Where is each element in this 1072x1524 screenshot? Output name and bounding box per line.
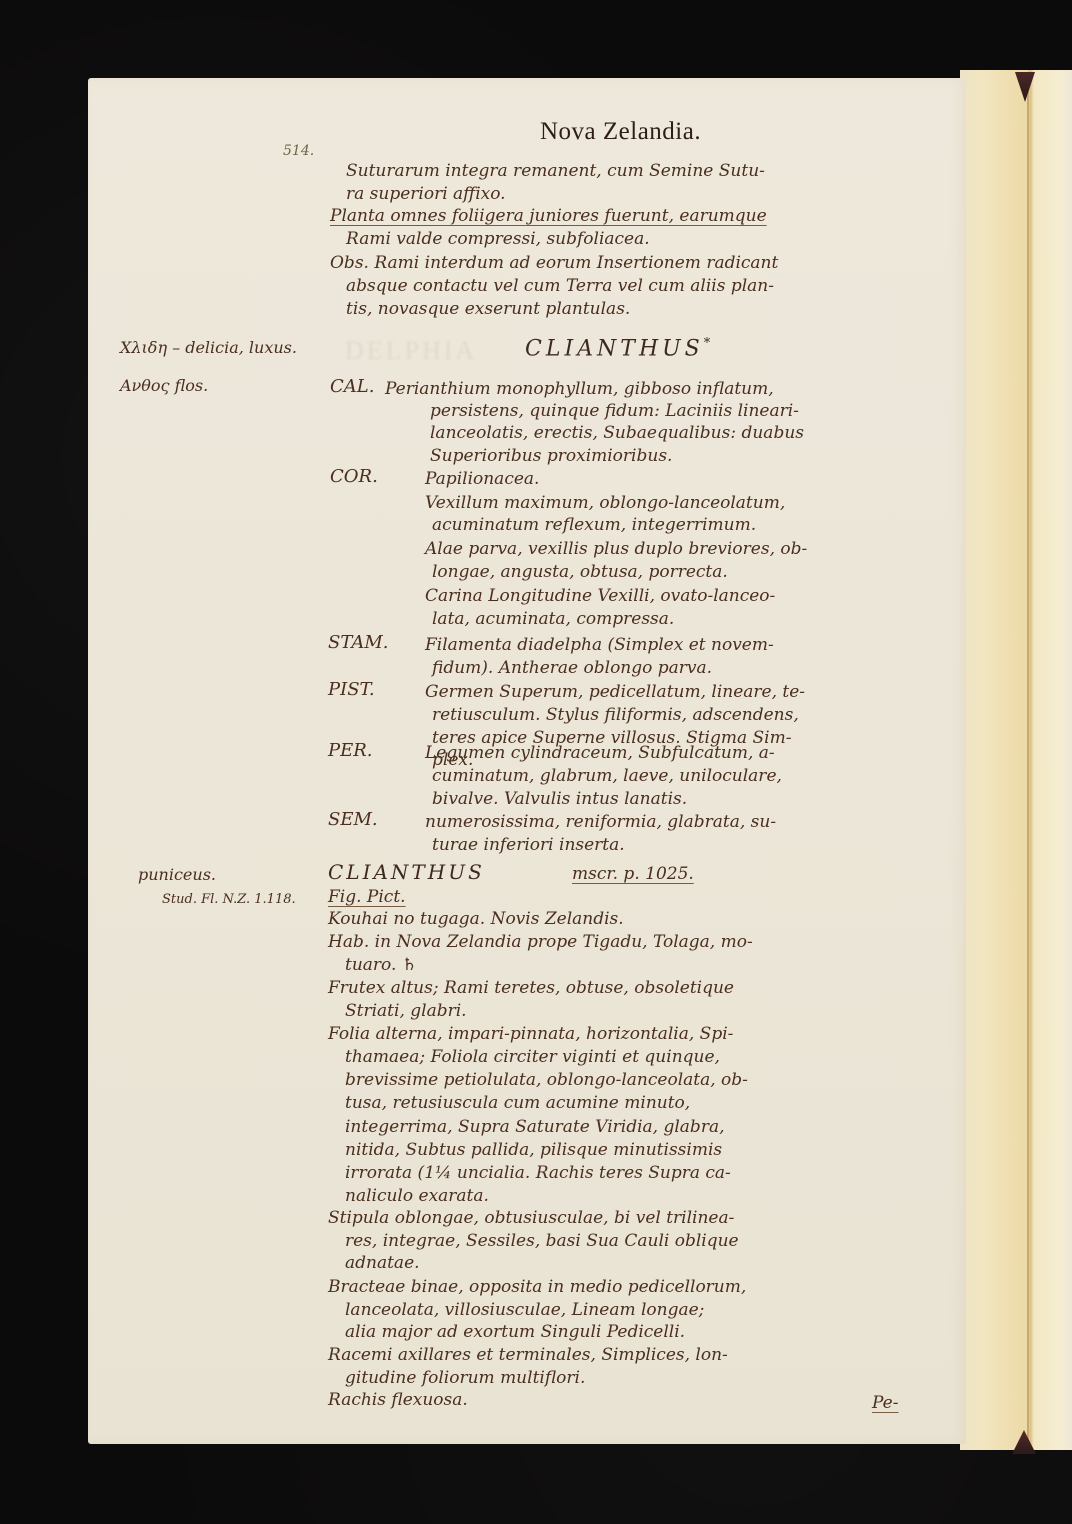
text-line: Planta omnes foliigera juniores fuerunt,… <box>330 205 767 227</box>
text-line: Rachis flexuosa. <box>328 1389 468 1411</box>
text-line: Striati, glabri. <box>345 1000 467 1022</box>
text-line: Racemi axillares et terminales, Simplice… <box>328 1344 728 1366</box>
text-line: tis, novasque exserunt plantulas. <box>346 298 630 320</box>
text-line: Bracteae binae, opposita in medio pedice… <box>328 1276 746 1298</box>
text-line: Hab. in Nova Zelandia prope Tigadu, Tola… <box>328 931 753 953</box>
genus-title: CLIANTHUS* <box>525 336 714 361</box>
bleed-through-text: DELPHIA <box>345 336 477 366</box>
text-line: lata, acuminata, compressa. <box>432 608 674 630</box>
page-fold <box>1027 75 1029 1445</box>
text-line: alia major ad exortum Singuli Pedicelli. <box>345 1321 685 1343</box>
species-reference: mscr. p. 1025. <box>572 863 694 885</box>
book-gutter <box>960 70 1072 1450</box>
text-line: longae, angusta, obtusa, porrecta. <box>432 561 728 583</box>
margin-note-etymology: Ανθος flos. <box>120 376 208 395</box>
part-label-cor: COR. <box>330 466 378 487</box>
text-line: lanceolatis, erectis, Subaequalibus: dua… <box>430 422 804 444</box>
text-line: tuaro. ♄ <box>345 954 417 976</box>
catchword: Pe- <box>872 1393 898 1413</box>
text-line: Legumen cylindraceum, Subfulcatum, a- <box>425 742 775 764</box>
text-line: tusa, retusiuscula cum acumine minuto, <box>345 1092 690 1114</box>
text-line: irrorata (1¼ uncialia. Rachis teres Supr… <box>345 1162 731 1184</box>
text-line: Filamenta diadelpha (Simplex et novem- <box>425 634 774 656</box>
part-label-sem: SEM. <box>328 809 378 830</box>
text-line: Kouhai no tugaga. Novis Zelandis. <box>328 908 624 930</box>
text-line: nitida, Subtus pallida, pilisque minutis… <box>345 1139 722 1161</box>
text-line: cuminatum, glabrum, laeve, uniloculare, <box>432 765 782 787</box>
text-line: Rami valde compressi, subfoliacea. <box>346 228 650 250</box>
text-line: Carina Longitudine Vexilli, ovato-lanceo… <box>425 585 775 607</box>
species-genus-title: CLIANTHUS <box>328 860 485 884</box>
text-line: numerosissima, reniformia, glabrata, su- <box>425 811 776 833</box>
text-line: Stipula oblongae, obtusiusculae, bi vel … <box>328 1207 734 1229</box>
text-line: fidum). Antherae oblongo parva. <box>432 657 712 679</box>
text-line: Perianthium monophyllum, gibboso inflatu… <box>385 378 774 400</box>
text-line: Superioribus proximioribus. <box>430 445 672 467</box>
text-line: Frutex altus; Rami teretes, obtuse, obso… <box>328 977 734 999</box>
genus-asterisk: * <box>704 336 715 351</box>
text-line: Papilionacea. <box>425 468 539 490</box>
text-line: brevissime petiolulata, oblongo-lanceola… <box>345 1069 748 1091</box>
margin-note-species: puniceus. <box>138 865 216 884</box>
text-line: Fig. Pict. <box>328 886 406 908</box>
text-line: naliculo exarata. <box>345 1185 489 1207</box>
text-line: Alae parva, vexillis plus duplo breviore… <box>425 538 807 560</box>
genus-name: CLIANTHUS <box>525 336 704 361</box>
text-line: persistens, quinque fidum: Laciniis line… <box>430 400 799 422</box>
text-line: gitudine foliorum multiflori. <box>345 1367 585 1389</box>
text-line: ra superiori affixo. <box>346 183 506 205</box>
page-number: 514. <box>283 143 314 159</box>
text-line: bivalve. Valvulis intus lanatis. <box>432 788 687 810</box>
part-label-cal: CAL. <box>330 376 374 397</box>
text-line: res, integrae, Sessiles, basi Sua Cauli … <box>345 1230 739 1252</box>
text-line: acuminatum reflexum, integerrimum. <box>432 514 756 536</box>
part-label-stam: STAM. <box>328 632 389 653</box>
text-line: turae inferiori inserta. <box>432 834 625 856</box>
text-line: adnatae. <box>345 1252 420 1274</box>
text-line: retiusculum. Stylus filiformis, adscende… <box>432 704 799 726</box>
pencil-reference-note: Stud. Fl. N.Z. 1.118. <box>162 892 296 907</box>
text-line: Suturarum integra remanent, cum Semine S… <box>346 160 765 182</box>
text-line: Folia alterna, impari-pinnata, horizonta… <box>328 1023 733 1045</box>
text-line: Obs. Rami interdum ad eorum Insertionem … <box>330 252 778 274</box>
text-line: Germen Superum, pedicellatum, lineare, t… <box>425 681 805 703</box>
text-line: integerrima, Supra Saturate Viridia, gla… <box>345 1116 724 1138</box>
text-line: lanceolata, villosiusculae, Lineam longa… <box>345 1299 704 1321</box>
text-line: thamaea; Foliola circiter viginti et qui… <box>345 1046 720 1068</box>
text-line: Vexillum maximum, oblongo-lanceolatum, <box>425 492 785 514</box>
margin-note-etymology: Χλιδη – delicia, luxus. <box>120 338 297 357</box>
part-label-per: PER. <box>328 740 373 761</box>
page-title: Nova Zelandia. <box>540 118 701 146</box>
part-label-pist: PIST. <box>328 679 375 700</box>
text-line: absque contactu vel cum Terra vel cum al… <box>346 275 774 297</box>
